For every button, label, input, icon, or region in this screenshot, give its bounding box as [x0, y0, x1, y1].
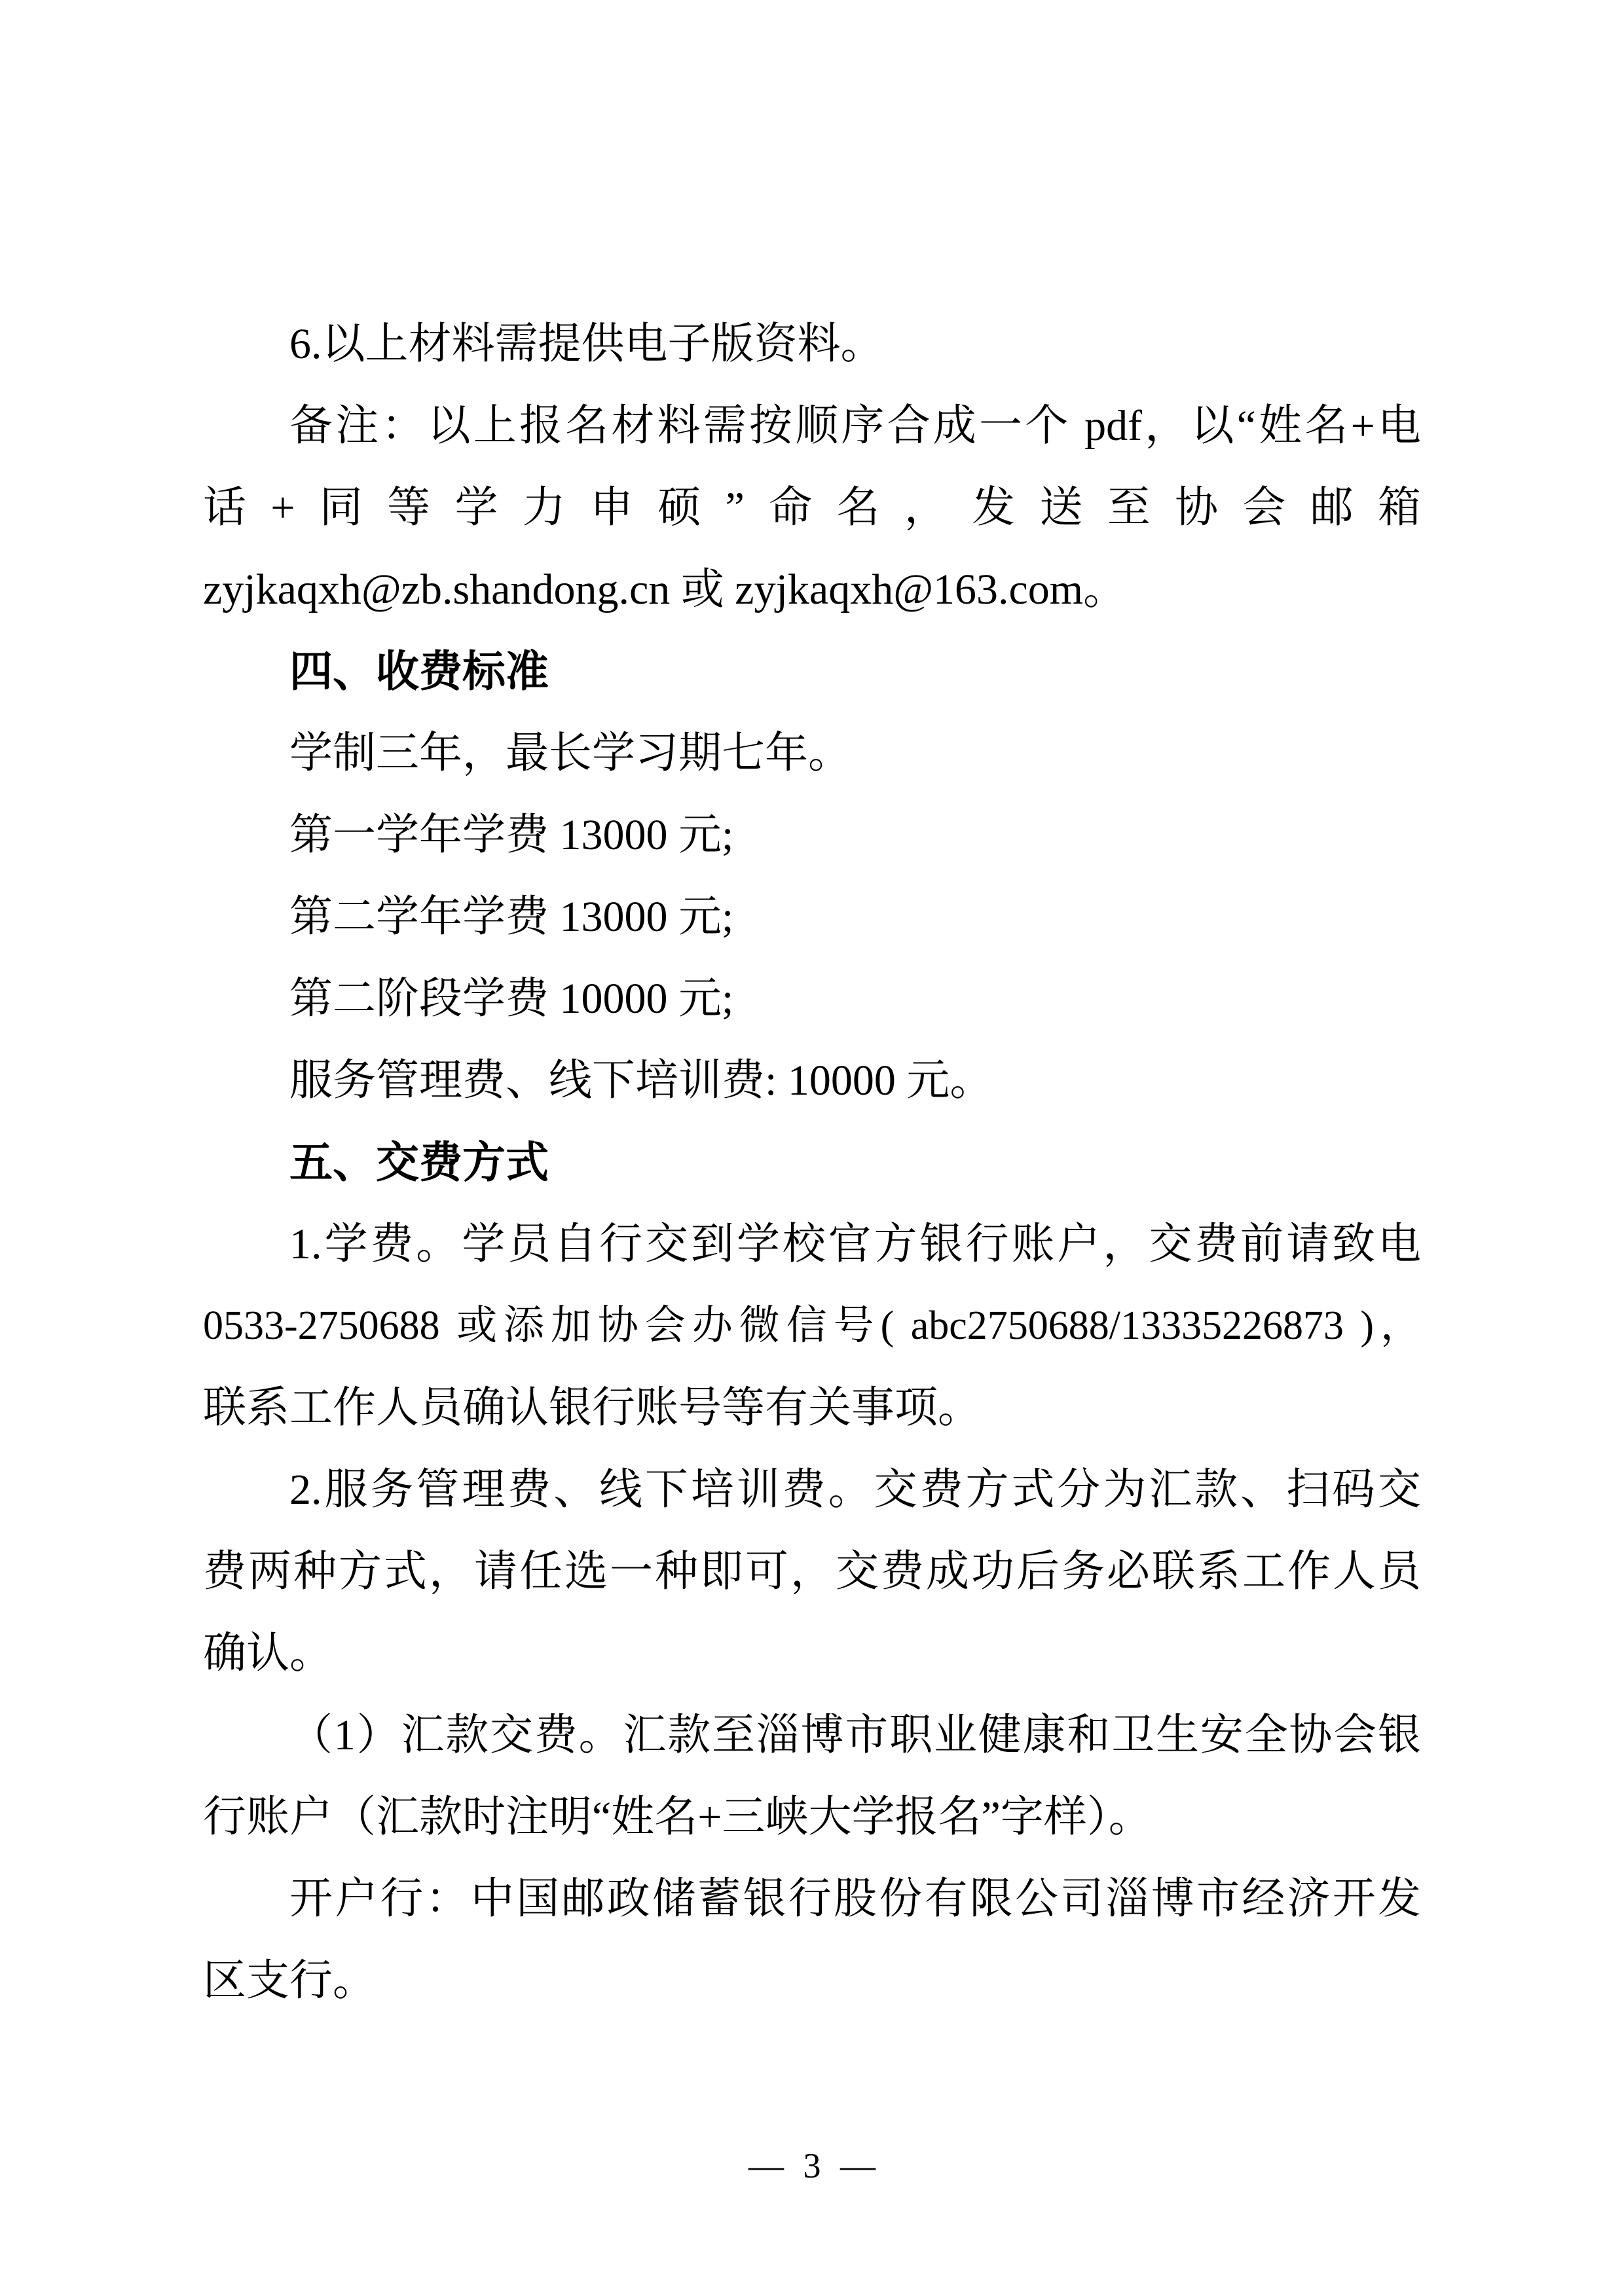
- line-remittance-1: （1）汇款交费。汇款至淄博市职业健康和卫生安全协会银: [203, 1694, 1421, 1776]
- line-year1-tuition: 第一学年学费 13000 元;: [203, 794, 1421, 876]
- heading-section5-payment-method: 五、交费方式: [203, 1121, 1421, 1203]
- line-note-pdf-1: 备注：以上报名材料需按顺序合成一个 pdf，以“姓名+电: [203, 385, 1421, 467]
- page-number: — 3 —: [748, 2146, 876, 2185]
- line-service-payment-2: 费两种方式，请任选一种即可，交费成功后务必联系工作人员: [203, 1531, 1421, 1613]
- line-association-emails: zyjkaqxh@zb.shandong.cn 或 zyjkaqxh@163.c…: [203, 549, 1421, 630]
- line-tuition-payment-3: 联系工作人员确认银行账号等有关事项。: [203, 1367, 1421, 1449]
- line-note-pdf-2: 话+同等学力申硕”命名，发送至协会邮箱: [203, 467, 1421, 549]
- line-service-fee: 服务管理费、线下培训费: 10000 元。: [203, 1040, 1421, 1121]
- line-remittance-2: 行账户（汇款时注明“姓名+三峡大学报名”字样）。: [203, 1776, 1421, 1858]
- document-page: 6.以上材料需提供电子版资料。 备注：以上报名材料需按顺序合成一个 pdf，以“…: [0, 0, 1624, 2296]
- line-study-duration: 学制三年，最长学习期七年。: [203, 712, 1421, 794]
- line-stage2-tuition: 第二阶段学费 10000 元;: [203, 958, 1421, 1040]
- page-footer: — 3 —: [0, 2143, 1624, 2189]
- line-service-payment-3: 确认。: [203, 1613, 1421, 1694]
- line-tuition-payment-2: 0533-2750688 或添加协会办微信号( abc2750688/13335…: [203, 1285, 1421, 1367]
- line-materials-electronic: 6.以上材料需提供电子版资料。: [203, 303, 1421, 385]
- line-service-payment-1: 2.服务管理费、线下培训费。交费方式分为汇款、扫码交: [203, 1449, 1421, 1531]
- line-tuition-payment-1: 1.学费。学员自行交到学校官方银行账户，交费前请致电: [203, 1203, 1421, 1285]
- document-body: 6.以上材料需提供电子版资料。 备注：以上报名材料需按顺序合成一个 pdf，以“…: [203, 303, 1421, 2022]
- line-bank-name-2: 区支行。: [203, 1940, 1421, 2022]
- line-year2-tuition: 第二学年学费 13000 元;: [203, 876, 1421, 958]
- line-bank-name-1: 开户行：中国邮政储蓄银行股份有限公司淄博市经济开发: [203, 1858, 1421, 1940]
- heading-section4-fee-standard: 四、收费标准: [203, 630, 1421, 712]
